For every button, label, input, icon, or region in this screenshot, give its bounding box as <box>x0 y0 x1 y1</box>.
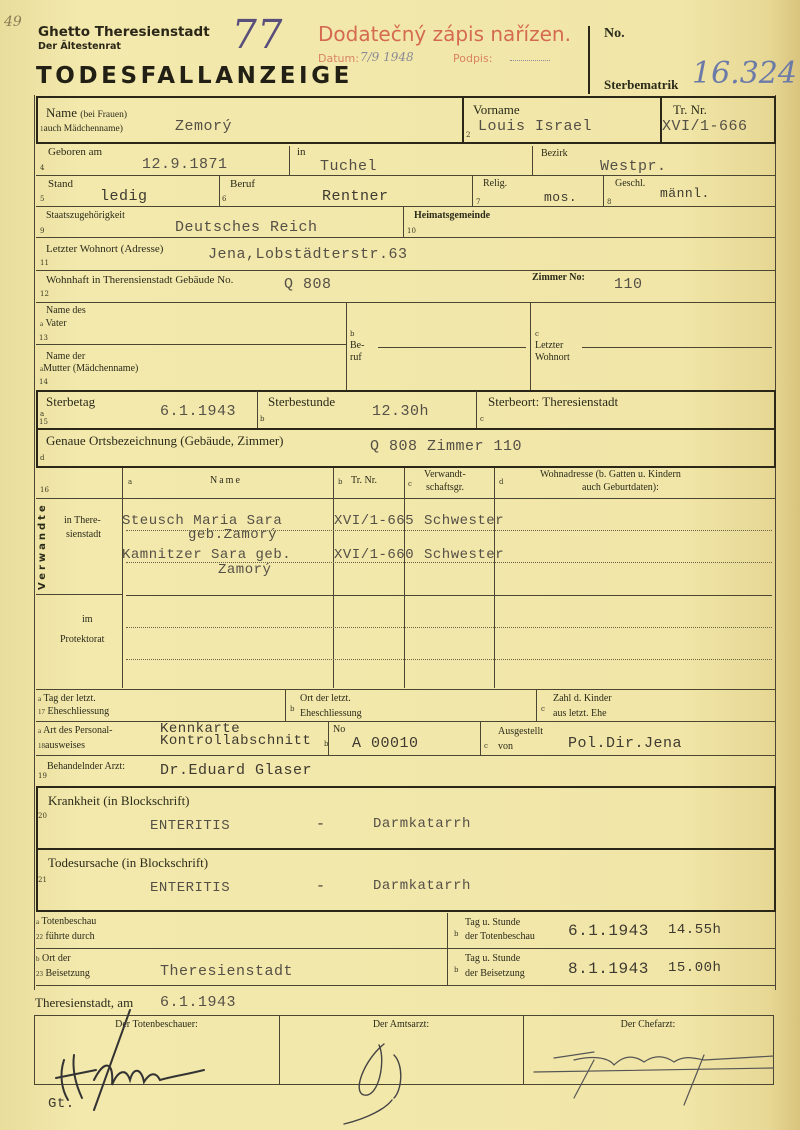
sterbetag-value: 6.1.1943 <box>160 403 236 420</box>
margin-note: 49 <box>4 14 22 30</box>
geschl-label: Geschl. <box>615 178 645 190</box>
page-title: TODESFALLANZEIGE <box>36 63 353 89</box>
arzt-label: Behandelnder Arzt: <box>47 761 125 773</box>
org-name: Ghetto Theresienstadt <box>38 24 210 40</box>
relig-label: Relig. <box>483 178 507 190</box>
beisetzung-date: 8.1.1943 <box>568 960 649 978</box>
bezirk-value: Westpr. <box>600 158 667 175</box>
kinder-label: Zahl d. Kinder <box>553 693 612 705</box>
trnr-value: XVI/1-666 <box>662 118 748 135</box>
parent-wohnort-label: Letzter <box>535 340 563 352</box>
no-label: No. <box>604 26 625 42</box>
handwritten-mark: 77 <box>229 12 286 58</box>
totenbeschau-label: a Totenbeschau <box>36 916 96 928</box>
relative-name: Kamnitzer Sara geb. <box>122 547 291 563</box>
name-label: Name (bei Frauen) <box>46 106 127 121</box>
ausweis-no-value: A 00010 <box>352 735 419 752</box>
geschl-value: männl. <box>660 186 710 201</box>
vorname-value: Louis Israel <box>478 118 592 135</box>
todesursache-value: ENTERITIS <box>150 880 230 896</box>
krankheit-label: Krankheit (in Blockschrift) <box>48 794 190 809</box>
ausweis-no-label: No <box>333 724 345 736</box>
beruf-label: Beruf <box>230 178 255 191</box>
bezirk-label: Bezirk <box>541 148 568 160</box>
stamp-podpis-signature <box>510 60 550 61</box>
beisetzung-ort-value: Theresienstadt <box>160 963 293 980</box>
totenbeschau-time: 14.55h <box>668 922 721 938</box>
zimmer-label: Zimmer No: <box>532 272 585 284</box>
vorname-label: Vorname <box>473 103 520 118</box>
initials: Gt. <box>48 1096 75 1112</box>
sterbestunde-value: 12.30h <box>372 403 429 420</box>
wohnort-value: Jena,Lobstädterstr.63 <box>208 246 408 263</box>
signature-totenbeschauer-icon <box>56 1010 204 1110</box>
org-council: Der Ältestenrat <box>38 41 121 52</box>
wohnhaft-label: Wohnhaft in Therensienstadt Gebäude No. <box>46 274 233 287</box>
staat-value: Deutsches Reich <box>175 219 318 236</box>
relative-trnr: XVI/1-665 <box>334 513 414 529</box>
heimat-label: Heimatsgemeinde <box>414 210 490 222</box>
group-theresienstadt-label: in There- <box>64 515 101 527</box>
mutter-label: Name der <box>46 351 85 363</box>
header-divider <box>588 26 590 94</box>
signatures <box>34 1000 774 1125</box>
ehe-tag-label: a Tag der letzt. <box>38 693 96 705</box>
gebaeude-value: Q 808 <box>284 276 332 293</box>
sterbematrik-value: 16.324 <box>692 56 797 91</box>
beisetzung-time: 15.00h <box>668 960 721 976</box>
vater-label: Name des <box>46 305 86 317</box>
geboren-label: Geboren am <box>48 146 102 159</box>
col-verw-header: Verwandt- <box>424 469 466 481</box>
stamp-podpis-label: Podpis: <box>453 52 492 65</box>
relative-trnr: XVI/1-660 <box>334 547 414 563</box>
name-value: Zemorý <box>175 118 232 135</box>
sterbestunde-label: Sterbestunde <box>268 395 335 410</box>
signature-chefarzt-icon <box>534 1052 774 1105</box>
genaue-label: Genaue Ortsbezeichnung (Gebäude, Zimmer) <box>46 434 284 449</box>
stamp-text: Dodatečný zápis nařízen. <box>318 22 571 46</box>
todesursache-value-2: Darmkatarrh <box>373 878 471 894</box>
beisetzung-ort-label: b Ort der <box>36 953 71 965</box>
col-trnr-header: Tr. Nr. <box>351 475 377 487</box>
stamp-datum-label: Datum: <box>318 52 359 65</box>
beruf-value: Rentner <box>322 188 389 205</box>
relative-relation: Schwester <box>424 513 504 529</box>
group-protektorat-label: im <box>82 614 93 626</box>
ausgestellt-value: Pol.Dir.Jena <box>568 735 682 752</box>
trnr-label: Tr. Nr. <box>673 103 707 118</box>
parent-beruf-label: Be- <box>350 340 364 352</box>
col-wohn-header: Wohnadresse (b. Gatten u. Kindern <box>540 469 681 481</box>
name-label-sub: 1auch Mädchenname) <box>40 124 123 135</box>
in-label: in <box>297 146 306 159</box>
zimmer-value: 110 <box>614 276 643 293</box>
vater-label-2: a Vater <box>40 318 67 330</box>
mutter-label-2: aMutter (Mädchenname) <box>40 363 138 375</box>
ehe-ort-label: Ort der letzt. <box>300 693 351 705</box>
stand-value: ledig <box>100 188 148 205</box>
stand-label: Stand <box>48 178 73 191</box>
relative-relation: Schwester <box>424 547 504 563</box>
stamp-datum-value: 7/9 1948 <box>360 50 414 64</box>
sterbematrik-label: Sterbematrik <box>604 78 678 93</box>
staat-label: Staatszugehörigkeit <box>46 210 125 222</box>
krankheit-value-2: Darmkatarrh <box>373 816 471 832</box>
birthplace-value: Tuchel <box>320 158 377 175</box>
geboren-value: 12.9.1871 <box>142 156 228 173</box>
col-name-header: Name <box>210 475 242 487</box>
arzt-value: Dr.Eduard Glaser <box>160 762 312 779</box>
ausgestellt-label: Ausgestellt <box>498 726 543 738</box>
totenbeschau-date: 6.1.1943 <box>568 922 649 940</box>
ausweis-label: a Art des Personal- <box>38 725 113 737</box>
genaue-value: Q 808 Zimmer 110 <box>370 438 522 455</box>
relig-value: mos. <box>544 190 577 205</box>
sterbeort-label: Sterbeort: Theresienstadt <box>488 395 618 410</box>
wohnort-label: Letzter Wohnort (Adresse) <box>46 243 163 256</box>
signature-amtsarzt-icon <box>344 1044 401 1124</box>
verwandte-side-label: Verwandte <box>37 502 49 590</box>
beisetzung-time-label: Tag u. Stunde <box>465 953 520 965</box>
todesursache-label: Todesursache (in Blockschrift) <box>48 856 208 871</box>
sterbetag-label: Sterbetag <box>46 395 95 410</box>
krankheit-value: ENTERITIS <box>150 818 230 834</box>
totenbeschau-time-label: Tag u. Stunde <box>465 917 520 929</box>
